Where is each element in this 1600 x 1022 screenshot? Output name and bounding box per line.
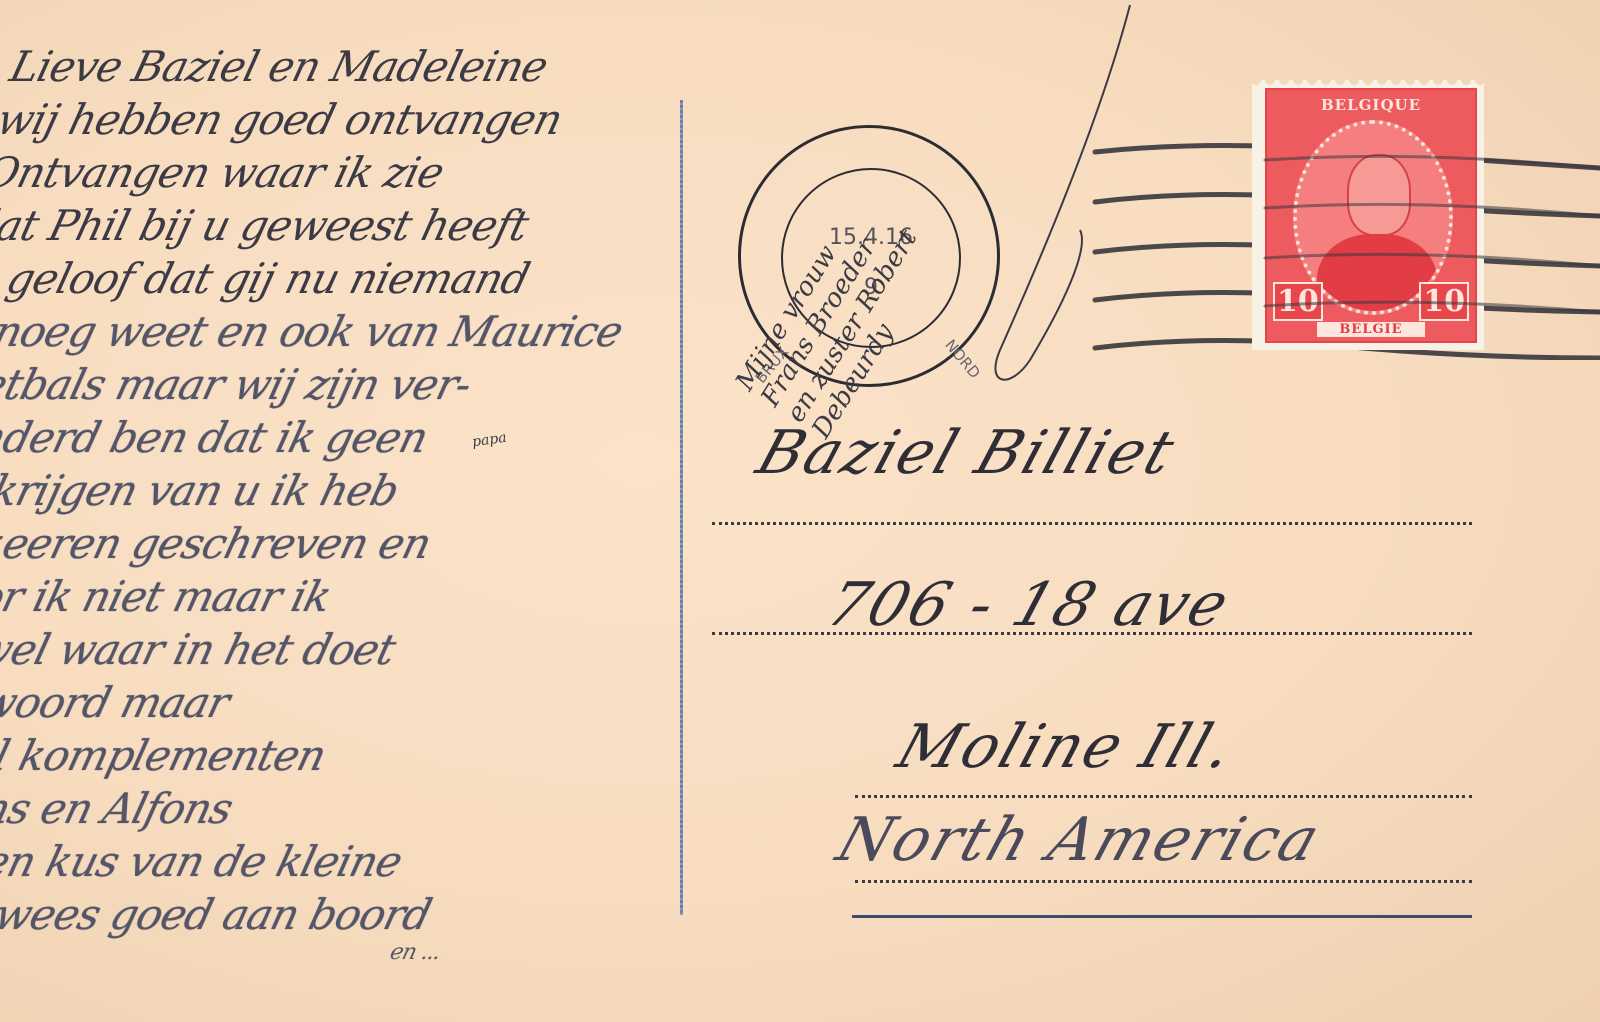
message-line: kan krijgen van u ik heb bbox=[0, 464, 632, 517]
message-line: genoeg weet en ook van Maurice bbox=[0, 305, 672, 358]
stamp-country-bottom: BELGIE bbox=[1317, 322, 1425, 337]
stamp-country-top: BELGIQUE bbox=[1267, 96, 1475, 114]
address-line-1 bbox=[712, 522, 1472, 525]
message-line: wij hebben goed ontvangen bbox=[0, 93, 725, 146]
recipient-street: 706 - 18 ave bbox=[819, 570, 1239, 640]
message-line: weet wel waar in het doet bbox=[0, 623, 593, 676]
portrait-head bbox=[1347, 154, 1411, 236]
address-underline bbox=[852, 915, 1472, 918]
message-line: en ook een kus van de kleine bbox=[0, 835, 540, 888]
message-line: Voetbals maar wij zijn ver- bbox=[0, 358, 659, 411]
address-line-4 bbox=[855, 880, 1472, 883]
divider-line bbox=[680, 100, 683, 915]
message-line: ik geloof dat gij nu niemand bbox=[0, 252, 685, 305]
message-tail: en ... bbox=[387, 941, 513, 965]
handwritten-message: Lieve Baziel en Madeleine wij hebben goe… bbox=[0, 40, 738, 965]
message-line: al 2 keeren geschreven en bbox=[0, 517, 619, 570]
message-line: van Frans en Alfons bbox=[0, 782, 553, 835]
recipient-name: Baziel Billiet bbox=[749, 418, 1185, 488]
recipient-city: Moline Ill. bbox=[889, 712, 1244, 782]
address-line-2 bbox=[712, 632, 1472, 635]
flourish-icon bbox=[980, 0, 1150, 390]
postage-stamp: BELGIQUE 10 10 BELGIE bbox=[1265, 88, 1477, 343]
message-line: wonderd ben dat ik geen bbox=[0, 411, 645, 464]
message-line: Lieve Baziel en Madeleine bbox=[5, 40, 738, 93]
postmark-station: NORD bbox=[941, 336, 984, 382]
message-line: Marie en wees goed aan boord bbox=[0, 888, 527, 941]
message-line: en antwoord maar bbox=[0, 676, 579, 729]
stamp-value-left: 10 bbox=[1273, 282, 1323, 321]
message-line: ook veel komplementen bbox=[0, 729, 566, 782]
postcard: Lieve Baziel en Madeleine wij hebben goe… bbox=[0, 0, 1600, 1022]
recipient-country: North America bbox=[829, 805, 1330, 875]
message-line: ik hoor ik niet maar ik bbox=[0, 570, 606, 623]
message-line: Ontvangen waar ik zie bbox=[0, 146, 712, 199]
stamp-value-right: 10 bbox=[1419, 282, 1469, 321]
address-line-3 bbox=[855, 795, 1472, 798]
message-line: dat Phil bij u geweest heeft bbox=[0, 199, 698, 252]
